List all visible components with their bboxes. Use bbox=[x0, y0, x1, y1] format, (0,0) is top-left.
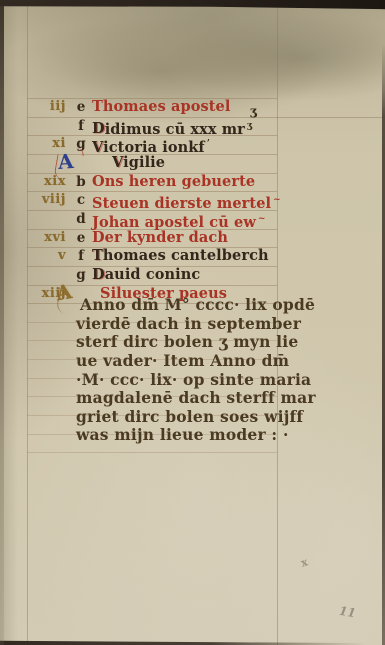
golden-number: v bbox=[0, 247, 66, 266]
feast-entry: Thomaes cantelberch bbox=[92, 247, 269, 266]
feast-entry: Thomaes apostelʒ bbox=[92, 98, 230, 117]
note-line: ·M· ccc· lix· op sinte maria bbox=[76, 371, 361, 390]
ruled-horizontal-line bbox=[27, 452, 277, 453]
calendar-row: viijcSteuen dierste mertel~ bbox=[0, 191, 385, 210]
note-line: sterf dirc bolen ʒ myn lie bbox=[76, 333, 361, 352]
dominical-letter: f bbox=[72, 117, 90, 136]
note-line: ue vader· Item Anno dm̄ bbox=[76, 352, 361, 371]
calendar-row: dJohan apostel cū ew~ bbox=[0, 210, 385, 229]
golden-number: xvi bbox=[0, 229, 66, 248]
flourish-mark: ʒ bbox=[247, 121, 252, 131]
calendar-row: iijeThomaes apostelʒ bbox=[0, 98, 385, 117]
dominical-letter: e bbox=[72, 98, 90, 117]
note-line: vierdē dach in september bbox=[76, 315, 361, 334]
manuscript-page: iijeThomaes apostelʒfDidimus cū xxx mrʒx… bbox=[0, 0, 385, 645]
golden-number: xix bbox=[0, 173, 66, 192]
golden-number: viij bbox=[0, 191, 66, 210]
note-line: Anno dm̄ M° cccc· lix opdē bbox=[76, 296, 361, 315]
note-line: magdalenē dach sterff mar bbox=[76, 389, 361, 408]
flourish-mark: ~ bbox=[273, 195, 281, 205]
pencil-page-number: 11 bbox=[338, 604, 357, 620]
calendar-row: vfThomaes cantelberch bbox=[0, 247, 385, 266]
dominical-letter: e bbox=[72, 229, 90, 248]
added-note: Anno dm̄ M° cccc· lix opdēvierdē dach in… bbox=[76, 296, 361, 445]
feast-entry: Ons heren gebuerte bbox=[92, 173, 255, 192]
flourish-mark: ~ bbox=[258, 214, 266, 224]
calendar-row: xvieDer kynder dach bbox=[0, 229, 385, 248]
dominical-letter: d bbox=[72, 210, 90, 229]
golden-number: xi bbox=[0, 135, 66, 154]
calendar-row: xixbOns heren gebuerte bbox=[0, 173, 385, 192]
feast-entry: Vigilie bbox=[112, 154, 165, 173]
feast-entry: Dauid coninc bbox=[92, 266, 200, 285]
calendar-table: iijeThomaes apostelʒfDidimus cū xxx mrʒx… bbox=[0, 98, 385, 304]
dominical-letter: f bbox=[72, 247, 90, 266]
dominical-letter: b bbox=[72, 173, 90, 192]
decorated-initial-blue: A bbox=[57, 149, 88, 173]
dominical-letter: c bbox=[72, 191, 90, 210]
flourish-mark: ’ bbox=[207, 139, 210, 149]
note-line: was mijn lieue moder : · bbox=[76, 426, 361, 445]
note-line: griet dirc bolen soes wijff bbox=[76, 408, 361, 427]
golden-number: iij bbox=[0, 98, 66, 117]
book-edge-left bbox=[0, 0, 4, 645]
calendar-row: AVigilie bbox=[0, 154, 385, 173]
feast-entry: Der kynder dach bbox=[92, 229, 228, 248]
calendar-row: fDidimus cū xxx mrʒ bbox=[0, 117, 385, 136]
